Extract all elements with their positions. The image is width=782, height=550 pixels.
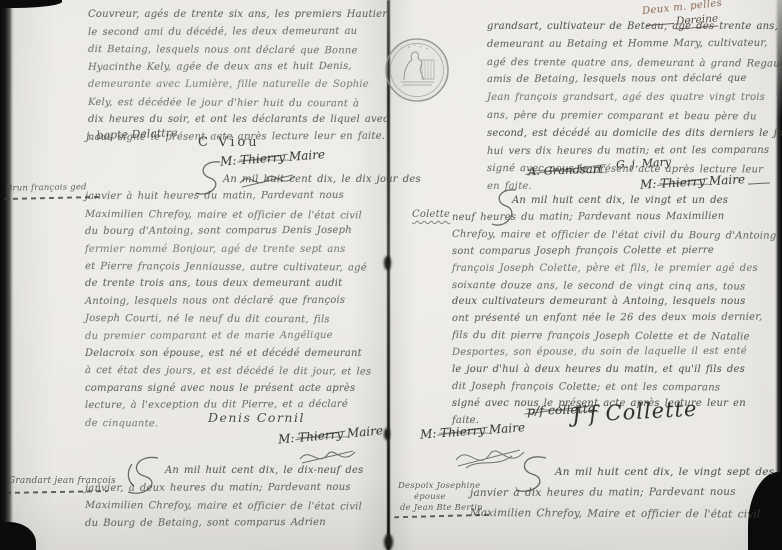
handwritten-line: Jean françois grandsart, agé des quatre … bbox=[487, 89, 769, 107]
handwritten-line: de trente trois ans, tous deux demeurant… bbox=[85, 275, 385, 292]
handwritten-line: ans, père du premier comparant et beau p… bbox=[487, 107, 769, 126]
mayor-prefix: M: bbox=[278, 431, 296, 446]
handwritten-line: dix heures du soir, et ont les déclarant… bbox=[88, 111, 386, 129]
handwritten-line: An mil huit cent dix, le vingt et un des bbox=[512, 193, 770, 210]
handwritten-line: An mil huit cent dix, le dix-neuf des bbox=[165, 462, 385, 480]
handwritten-line: demeurante avec Lumière, fille naturelle… bbox=[88, 76, 386, 94]
handwritten-line: demeurant au Betaing et Homme Mary, cult… bbox=[487, 35, 769, 54]
handwritten-line: françois Joseph Colette, père et fils, l… bbox=[452, 261, 770, 278]
mayor-name-crossed: Thierry bbox=[440, 423, 486, 440]
handwritten-line: ont présenté un enfant née le 26 des deu… bbox=[452, 310, 770, 328]
handwritten-line: Couvreur, agés de trente six ans, les pr… bbox=[88, 6, 386, 24]
signature-denis-cornil: Denis Cornil bbox=[208, 410, 305, 425]
book-edge-left bbox=[0, 0, 14, 550]
handwritten-line: dit Joseph françois Colette; et ont les … bbox=[452, 379, 770, 398]
gutter-ink-blob bbox=[384, 256, 391, 270]
handwritten-line: Hyacinthe Kely, agée de deux ans et huit… bbox=[88, 57, 386, 76]
handwritten-line: Kely, est décédée le jour d'hier huit du… bbox=[88, 94, 386, 113]
page-corner-bottom-left bbox=[0, 522, 36, 550]
mayor-name-crossed: Thierry bbox=[660, 174, 706, 190]
handwritten-line: et Pierre françois Jenniausse, autre cul… bbox=[85, 258, 385, 277]
gutter-ink-blob bbox=[384, 534, 393, 550]
handwritten-line: janvier, à deux heures du matin; Pardeva… bbox=[85, 478, 385, 497]
signature-viou: C Viou bbox=[198, 135, 260, 150]
handwritten-line: comparans signé avec nous le présent act… bbox=[85, 380, 385, 397]
handwritten-line: sont comparus Joseph françois Colette et… bbox=[452, 242, 770, 260]
handwritten-line: le second ami du décédé, les deux demeur… bbox=[88, 22, 386, 41]
mayor-prefix: M: bbox=[640, 177, 657, 192]
mayor-title: Maire bbox=[288, 147, 325, 163]
handwritten-line: fermier nommé Bonjour, agé de trente sep… bbox=[85, 241, 385, 258]
handwritten-line: le jour d'hui à deux heures du matin, et… bbox=[452, 362, 770, 379]
handwritten-line: amis de Betaing, lesquels nous ont décla… bbox=[487, 70, 769, 89]
handwritten-line: Maximilien Chrefoy, Maire et officier de… bbox=[470, 503, 770, 525]
margin-note-brun-francois: Brun françois ged bbox=[6, 182, 87, 193]
handwritten-line: janvier à huit heures du matin, Pardevan… bbox=[85, 187, 385, 206]
mayor-title: Maire bbox=[346, 423, 383, 440]
handwritten-line: du Bourg de Betaing, sont comparus Adrie… bbox=[85, 513, 385, 532]
left-act-paragraph-bottom: An mil huit cent dix, le dix-neuf desjan… bbox=[85, 462, 385, 532]
book-edge-top-left bbox=[0, 0, 62, 8]
handwritten-line: janvier à dix heures du matin; Pardevant… bbox=[470, 481, 770, 503]
margin-note-colette: Colette bbox=[412, 209, 450, 220]
handwritten-line: soixante douze ans, le second de vingt c… bbox=[452, 278, 770, 297]
handwritten-line: second, est décédé au domicile des dits … bbox=[487, 125, 769, 143]
mayor-title: Maire bbox=[709, 172, 746, 188]
mayor-prefix: M: bbox=[420, 427, 437, 442]
right-act-paragraph-bottom: An mil huit cent dix, le vingt sept desj… bbox=[470, 462, 770, 524]
handwritten-line: An mil huit cent dix, le dix jour des bbox=[223, 171, 385, 188]
right-act-paragraph-colette: An mil huit cent dix, le vingt et un des… bbox=[452, 193, 770, 430]
mayor-title: Maire bbox=[488, 420, 525, 436]
seal-stamp-icon bbox=[384, 36, 450, 104]
book-edge-right bbox=[775, 0, 782, 550]
handwritten-line: deux cultivateurs demeurant à Antoing, l… bbox=[452, 294, 770, 311]
mayor-name-crossed: Thierry bbox=[298, 427, 344, 445]
left-continuation-paragraph: Couvreur, agés de trente six ans, les pr… bbox=[88, 6, 386, 146]
handwritten-line: Delacroix son épouse, est né et décédé d… bbox=[85, 345, 385, 362]
signature-mayor: M: Thierry Maire bbox=[420, 420, 526, 441]
signature-grandsart: A. Grandsart bbox=[528, 162, 603, 179]
mayor-name-crossed: Thierry bbox=[240, 150, 286, 167]
handwritten-line: grandsart, cultivateur de Beteau, agé de… bbox=[487, 18, 769, 36]
left-act-paragraph: An mil huit cent dix, le dix jour desjan… bbox=[85, 171, 385, 432]
handwritten-line: neuf heures du matin; Pardevant nous Max… bbox=[452, 209, 770, 227]
handwritten-line: Desportes, son épouse, du soin de laquel… bbox=[452, 344, 770, 362]
handwritten-line: Antoing, lesquels nous ont déclaré que f… bbox=[85, 292, 385, 311]
handwritten-line: An mil huit cent dix, le vingt sept des bbox=[555, 462, 770, 483]
handwritten-line: à cet état des jours, et est décédé le d… bbox=[85, 362, 385, 381]
register-scan: Deux m. pelles Dereine Couvreur, agés de… bbox=[0, 0, 782, 550]
signature-mayor: M: Thierry Maire bbox=[220, 147, 326, 168]
handwritten-line: du premier comparant et de marie Angéliq… bbox=[85, 326, 385, 345]
handwritten-line: du bourg d'Antoing, sont comparus Denis … bbox=[85, 222, 385, 241]
